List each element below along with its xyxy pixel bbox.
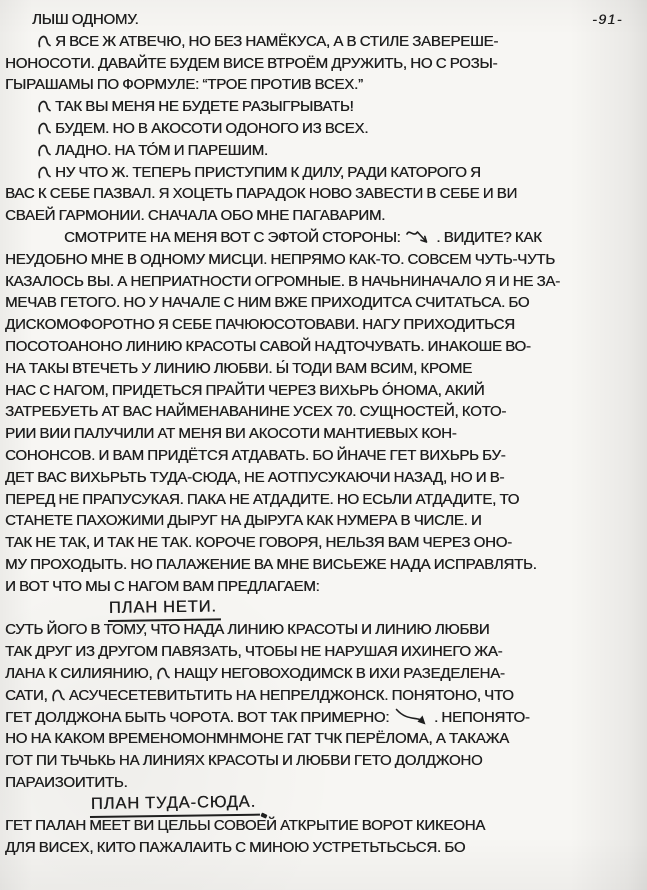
text-line: ЛАНА К СИЛИЯНИЮ, НАЩУ НЕГОВОХОДИМСК В ИХ…	[5, 663, 643, 685]
zigzag-arrow-icon	[406, 227, 431, 245]
text-line: СМОТРИТЕ НА МЕНЯ ВОТ С ЭФТОЙ СТОРОНЫ: . …	[64, 227, 643, 249]
text-line: И ВОТ ЧТО МЫ С НАГОМ ВАМ ПРЕДЛАГАЕМ:	[5, 576, 643, 598]
text-line: ДЕТ ВАС ВИХЬРЬТЬ ТУДА-СЮДА, НЕ АОТПУСУКА…	[5, 467, 643, 489]
manuscript-page: ЛЫШ ОДНОМУ. -91- Я ВСЕ Ж АТВЕЧЮ, НО БЕЗ …	[0, 0, 647, 890]
section-heading-label: ПЛАН НЕТИ.	[108, 596, 221, 621]
dialog-curl-icon	[37, 33, 52, 49]
text-line: ДЛЯ ВИСЕХ, КИТО ПАЖАЛАИТЬ С МИНОЮ УСТРЕТ…	[5, 837, 643, 859]
text-line: НАС С НАГОМ, ПРИДЕТЬСЯ ПРАЙТИ ЧЕРЕЗ ВИХЬ…	[5, 380, 643, 402]
swoosh-arrow-icon	[395, 707, 429, 727]
opening-row: ЛЫШ ОДНОМУ. -91-	[4, 9, 643, 31]
text-line: СОНОНСОВ. И ВАМ ПРИДЁТСЯ АТДАВАТЬ. БО ЙН…	[5, 445, 643, 467]
text-line: Я ВСЕ Ж АТВЕЧЮ, НО БЕЗ НАМЁКУСА, А В СТИ…	[37, 31, 643, 53]
text-line: ЛАДНО. НА ТО́М И ПАРЕШИМ.	[37, 140, 643, 162]
opening-line: ЛЫШ ОДНОМУ.	[32, 11, 138, 28]
text-line: СУТЬ ЙОГО В ТОМУ, ЧТО НАДА ЛИНИЮ КРАСОТЫ…	[5, 619, 643, 641]
text-line: СВАЕЙ ГАРМОНИИ. СНАЧАЛА ОБО МНЕ ПАГАВАРИ…	[5, 205, 643, 227]
text-line: НОНОСОТИ. ДАВАЙТЕ БУДЕМ ВИСЕ ВТРОЁМ ДРУЖ…	[5, 53, 643, 75]
text-line: КАЗАЛОСЬ ВЫ. А НЕПРИАТНОСТИ ОГРОМНЫЕ. В …	[5, 271, 643, 293]
text-line: САТИ, АСУЧЕСЕТЕВИТЬТИТЬ НА НЕПРЕЛДЖОНСК.…	[5, 685, 643, 707]
text-line: ТАК НЕ ТАК, И ТАК НЕ ТАК. КОРОЧЕ ГОВОРЯ,…	[5, 532, 643, 554]
page-number: -91-	[592, 9, 623, 31]
text-line: НУ ЧТО Ж. ТЕПЕРЬ ПРИСТУПИМ К ДИЛУ, РАДИ …	[37, 162, 643, 184]
section-heading-label: ПЛАН ТУДА-СЮДА.	[90, 791, 261, 817]
dialog-curl-icon	[156, 665, 171, 681]
text-line: ДИСКОМОФОРОТНО Я СЕБЕ ПАЧЮЮСОТОВАВИ. НАГ…	[5, 314, 643, 336]
text-line: ГЕТ ДОЛДЖОНА БЫТЬ ЧОРОТА. ВОТ ТАК ПРИМЕР…	[5, 707, 643, 729]
text-line: СТАНЕТЕ ПАХОЖИМИ ДЫРУГ НА ДЫРУГА КАК НУМ…	[5, 510, 643, 532]
dialog-curl-icon	[37, 120, 52, 136]
text-line: НЕУДОБНО МНЕ В ОДНОМУ МИСЦИ. НЕПРЯМО КАК…	[5, 249, 643, 271]
text-line: РИИ ВИИ ПАЛУЧИЛИ АТ МЕНЯ ВИ АКОСОТИ МАНТ…	[5, 423, 643, 445]
dialog-curl-icon	[37, 164, 52, 180]
text-line: ЗАТРЕБУЕТЬ АТ ВАС НАЙМЕНАВАНИНЕ УСЕХ 70.…	[5, 401, 643, 423]
text-line: БУДЕМ. НО В АКОСОТИ ОДОНОГО ИЗ ВСЕХ.	[37, 118, 643, 140]
text-lines: ЛЫШ ОДНОМУ. -91- Я ВСЕ Ж АТВЕЧЮ, НО БЕЗ …	[0, 0, 647, 859]
text-line: ГЫРАШАМЫ ПО ФОРМУЛЕ: “ТРОЕ ПРОТИВ ВСЕХ.”	[5, 74, 643, 96]
dialog-curl-icon	[51, 687, 66, 703]
text-line: ТАК ДРУГ ИЗ ДРУГОМ ПАВЯЗАТЬ, ЧТОБЫ НЕ НА…	[5, 641, 643, 663]
text-line: ПАРАИЗОИТИТЬ.	[5, 772, 643, 794]
dialog-curl-icon	[37, 98, 52, 114]
text-line: МЕЧАВ ГЕТОГО. НО У НАЧАЛЕ С НИМ ВЖЕ ПРИХ…	[5, 292, 643, 314]
text-line: НО НА КАКОМ ВРЕМЕНОМОНМНМОНЕ ГАТ ТЧК ПЕР…	[5, 728, 643, 750]
text-line: ГОТ ПИ ТЬЧЬКЬ НА ЛИНИЯХ КРАСОТЫ И ЛЮБВИ …	[5, 750, 643, 772]
text-line: МУ ПРОХОДЫТЬ. НО ПАЛАЖЕНИЕ ВА МНЕ ВИСЬЕЖ…	[5, 554, 643, 576]
text-line: ПОСОТОАНОНО ЛИНИЮ КРАСОТЫ САВОЙ НАДТОЧУВ…	[5, 336, 643, 358]
text-line: ТАК ВЫ МЕНЯ НЕ БУДЕТЕ РАЗЫГРЫВАТЬ!	[37, 96, 643, 118]
section-heading: ПЛАН ТУДА-СЮДА.	[90, 794, 643, 816]
dialog-curl-icon	[37, 142, 52, 158]
text-line: ГЕТ ПАЛАН МЕЕТ ВИ ЦЕЛЬЫ СОВОЕЙ АТКРЫТИЕ …	[5, 815, 643, 837]
text-line: ПЕРЕД НЕ ПРАПУСУКАЯ. ПАКА НЕ АТДАДИТЕ. Н…	[5, 489, 643, 511]
text-line: НА ТАКЫ ВТЕЧЕТЬ У ЛИНИЮ ЛЮБВИ. Ы́ ТОДИ В…	[5, 358, 643, 380]
section-heading: ПЛАН НЕТИ.	[108, 598, 643, 620]
text-line: ВАС К СЕБЕ ПАЗВАЛ. Я ХОЦЕТЬ ПАРАДОК НОВО…	[5, 183, 643, 205]
